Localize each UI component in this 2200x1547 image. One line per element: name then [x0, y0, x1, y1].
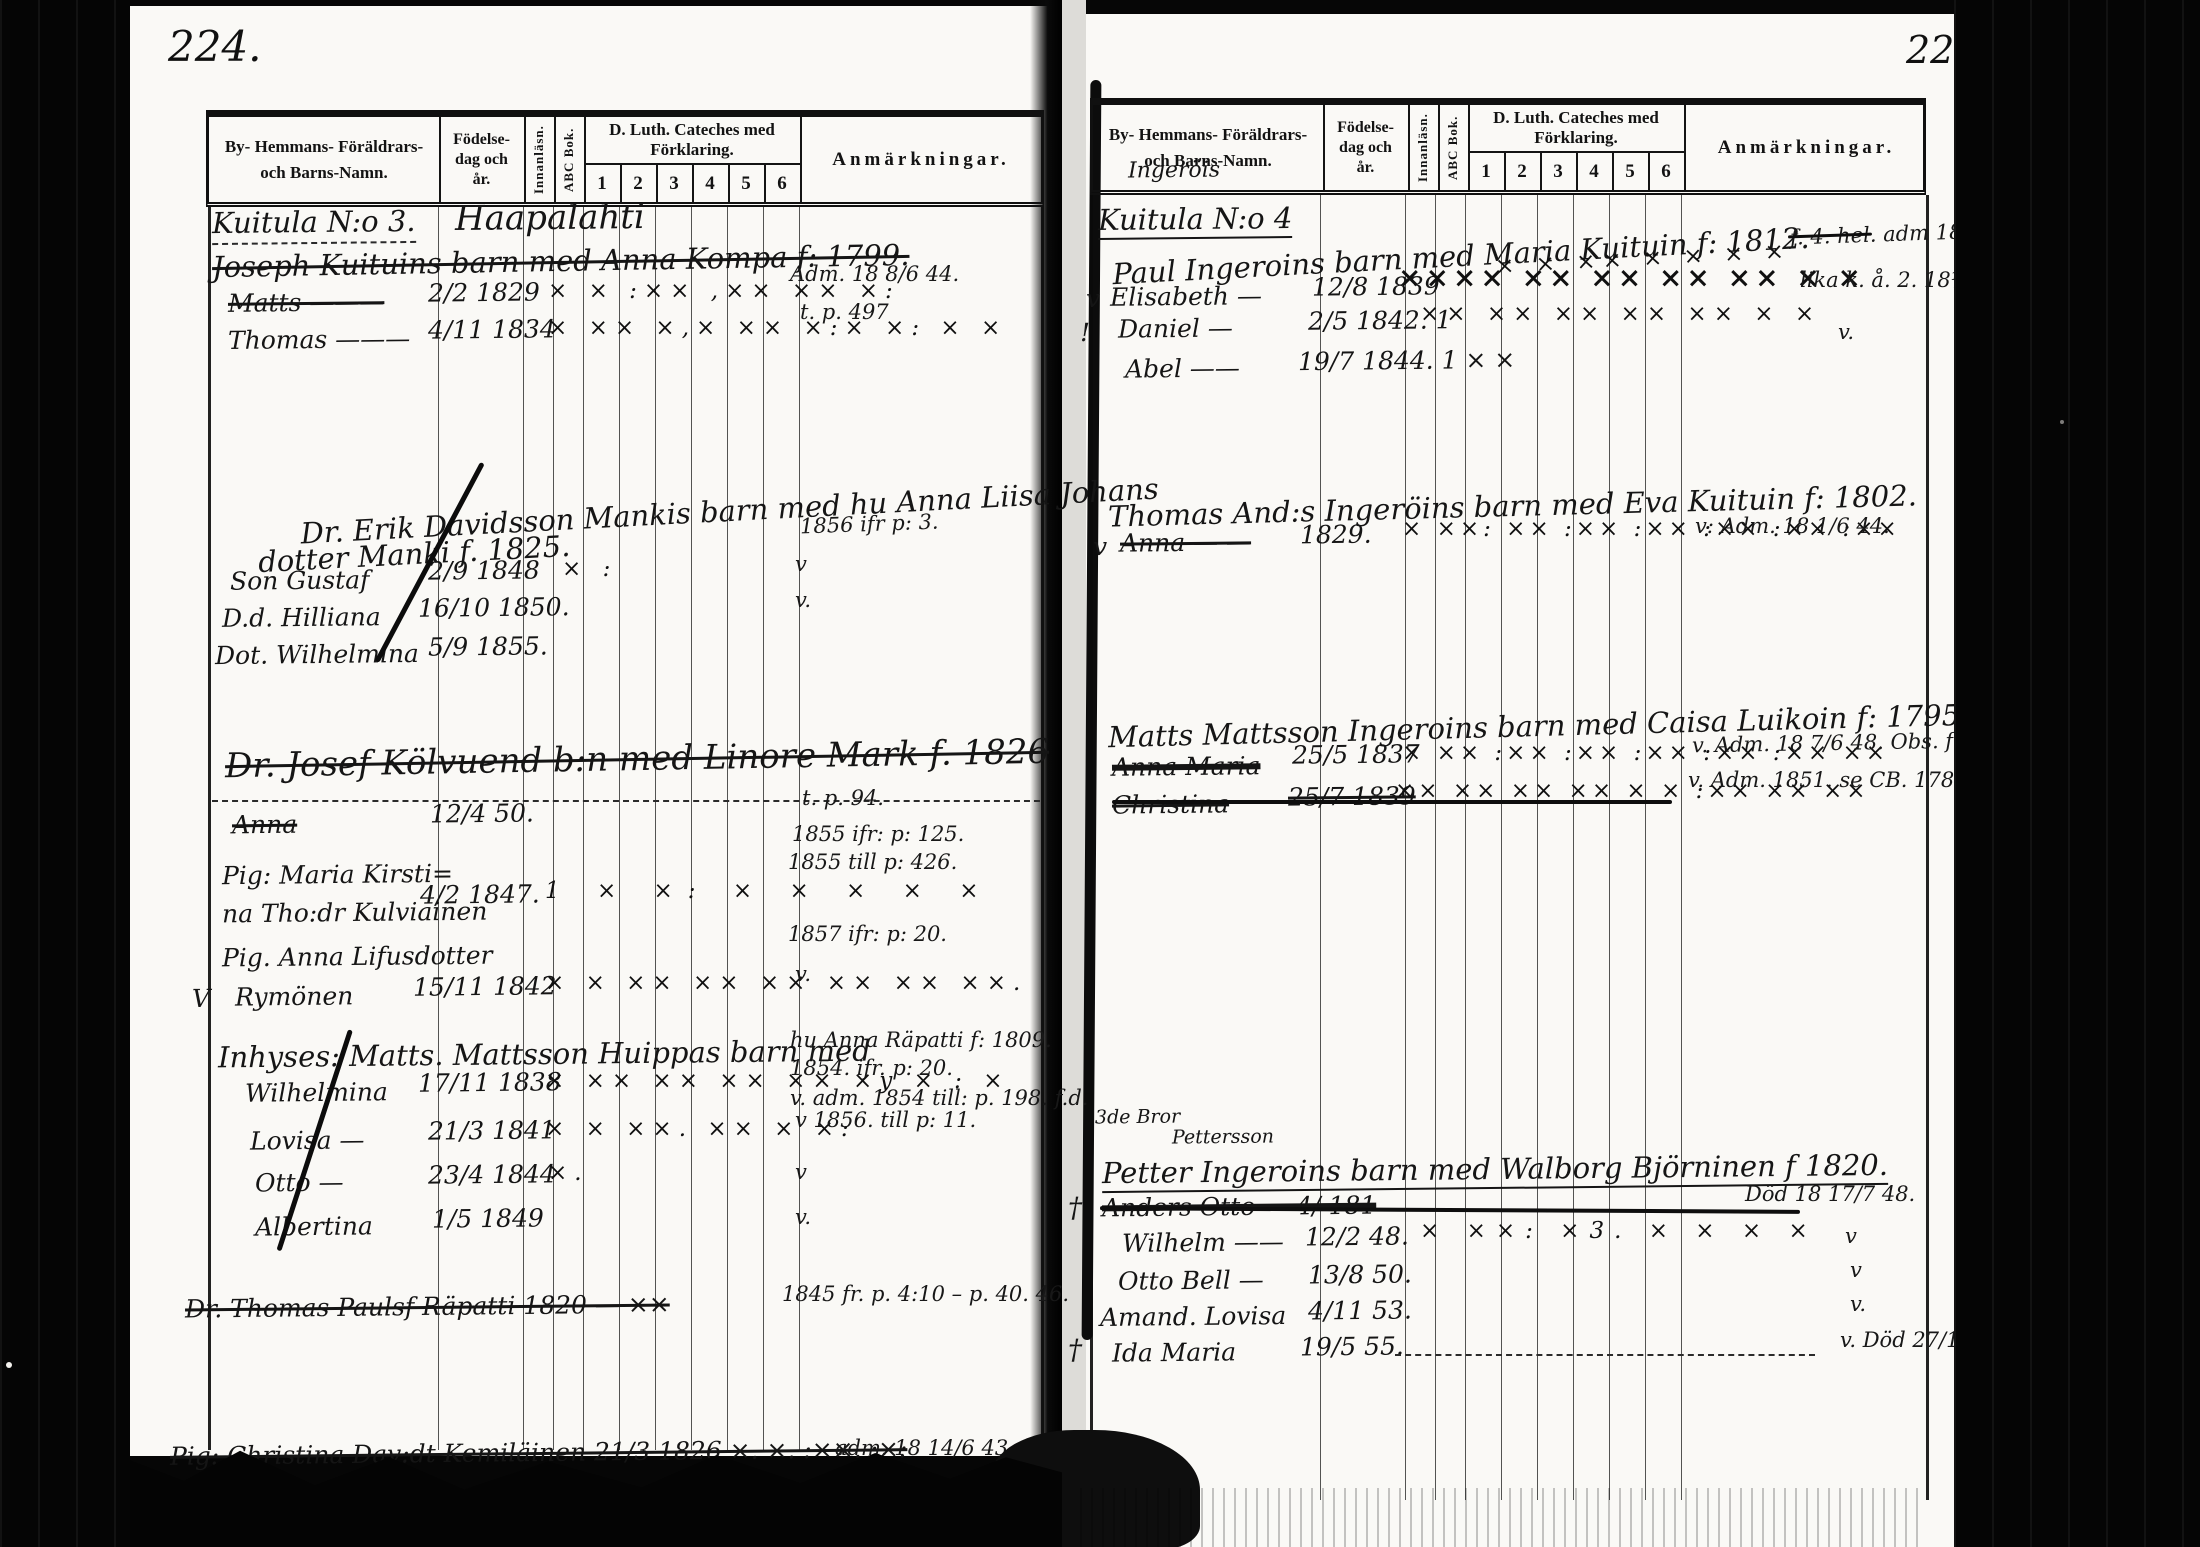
person-name: Rymönen [235, 983, 354, 1009]
column-rule [619, 205, 620, 1450]
person-name: Otto Bell — [1118, 1267, 1264, 1294]
col-header-birth-line2: dag och [1339, 138, 1392, 158]
col-header-reading: Innanläsn. [524, 117, 554, 202]
catechism-col-5: 5 [1612, 151, 1648, 192]
dust-speck [6, 1362, 12, 1368]
column-rule [1465, 195, 1466, 1500]
column-rule [208, 205, 211, 1450]
ruled-dash-line [1395, 1354, 1815, 1356]
left-table-header: By- Hemmans- Föräldrars- och Barns-Namn.… [206, 110, 1044, 207]
remark: adm. 18 14/6 43. [835, 1436, 1015, 1461]
remark: v. [795, 962, 811, 987]
attendance-marks: × ×× ×,× ×× ×:× ×: × × [548, 317, 1007, 340]
catechism-col-3: 3 [1540, 151, 1576, 192]
birth-date: 23/4 1844 [428, 1161, 556, 1187]
remark: v: Adm. 18 1/6 44. [1695, 514, 1890, 539]
column-rule [1681, 195, 1682, 1500]
margin-mark: ! [1080, 320, 1090, 345]
birth-date: 25/5 1837 [1292, 741, 1420, 767]
remark: 1855 till p: 426. [788, 850, 957, 875]
ruled-dash-line [212, 800, 1040, 802]
birth-date: 17/11 1838 [418, 1069, 562, 1096]
remark: v [1845, 1224, 1857, 1249]
birth-date: 15/11 1842 [413, 973, 557, 1000]
birth-date: 1829. [1300, 522, 1372, 548]
col-header-catechism: D. Luth. Cateches med Förklaring. [1468, 105, 1684, 151]
margin-note: Pettersson [1172, 1127, 1274, 1147]
catechism-col-1: 1 [1468, 151, 1504, 192]
remark: v [795, 552, 807, 577]
scan-noise-band [1080, 1488, 1926, 1547]
dust-speck [2060, 420, 2064, 424]
col-header-remarks: Anmärkningar. [1684, 105, 1929, 190]
left-page-number: 224. [168, 22, 262, 71]
gutter-shadow-left [1030, 0, 1062, 1456]
birth-date: 19/5 55. [1300, 1333, 1404, 1359]
col-header-birth-line2: dag och [455, 150, 508, 170]
col-header-names-line1: By- Hemmans- Föräldrars- [1109, 122, 1307, 148]
attendance-marks: ×× ×× ×× ×× ×× × × [1420, 303, 1821, 326]
person-name: Matts ——— [228, 289, 385, 316]
remark: hu Anna Räpatti f: 1809. [790, 1028, 1052, 1053]
remark: t. p. 94. [802, 786, 884, 811]
person-name: Dr. Thomas Paulsf Räpatti 1820 — ×× [185, 1291, 670, 1321]
birth-date: 12/2 48. [1305, 1223, 1409, 1249]
column-rule [1041, 205, 1044, 1450]
birth-date: 2/9 1848 [428, 557, 540, 583]
margin-mark: v [1093, 534, 1107, 559]
person-name: Ida Maria [1112, 1339, 1236, 1365]
names-column-note: Ingeröis [1128, 160, 1220, 183]
col-header-birth-line1: Födelse- [453, 130, 510, 150]
attendance-marks: ×××× ×× ×× ×× ×× × × [1398, 264, 1865, 292]
remark: 1855 ifr: p: 125. [792, 822, 964, 847]
film-edge-left [0, 0, 130, 1547]
remark: v 1856. till p: 11. [795, 1108, 976, 1133]
col-header-names: By- Hemmans- Föräldrars- och Barns-Namn. [209, 117, 439, 202]
attendance-marks: × : [562, 558, 617, 581]
parish-register-scan: 224. 225. By- Hemmans- Föräldrars- och B… [0, 0, 2200, 1547]
remark: 1845 fr. p. 4:10 – p. 40. 46. [782, 1282, 1069, 1307]
remark: v. [1850, 1292, 1866, 1317]
col-header-catechism: D. Luth. Cateches med Förklaring. [584, 117, 800, 163]
person-name: Elisabeth — [1110, 283, 1262, 310]
column-rule [1573, 195, 1574, 1500]
column-rule [583, 205, 584, 1450]
column-rule [763, 205, 764, 1450]
remark: t. p. 497 [800, 300, 889, 325]
col-header-birth-line1: Födelse- [1337, 118, 1394, 138]
catechism-col-5: 5 [728, 163, 764, 204]
catechism-col-4: 4 [1576, 151, 1612, 192]
birth-date: 12/4 50. [430, 800, 534, 826]
col-header-names-line1: By- Hemmans- Föräldrars- [225, 134, 423, 160]
person-name: Pig: Maria Kirsti= [222, 861, 453, 888]
person-name: Abel —— [1125, 355, 1240, 381]
person-name: Anna [232, 812, 297, 838]
birth-date: 5/9 1855. [428, 633, 548, 659]
col-header-abc: ABC Bok. [1438, 105, 1468, 190]
remark: lika k. å. 2. 18¼. [1800, 268, 1978, 293]
remark: 1857 ifr: p: 20. [788, 922, 947, 947]
col-header-birth-line3: år. [1357, 158, 1375, 178]
village-heading: Kuitula N:o 3. [212, 207, 416, 245]
col-header-birth: Födelse- dag och år. [439, 117, 524, 202]
farm-heading: Haapalahti [455, 200, 645, 236]
column-rule [1537, 195, 1538, 1500]
column-rule [1609, 195, 1610, 1500]
person-name: Christina [1112, 791, 1229, 817]
ink-stroke [1112, 800, 1672, 804]
remark: v. [1838, 320, 1854, 345]
remark: v [1850, 1258, 1862, 1283]
catechism-col-2: 2 [1504, 151, 1540, 192]
catechism-col-6: 6 [1648, 151, 1684, 192]
person-name: Thomas ——— [228, 326, 410, 353]
person-name: D.d. Hilliana [222, 604, 381, 631]
attendance-marks: × ××: ×3. × × × × [1420, 1220, 1818, 1243]
attendance-marks: × × ×× ×× ×× ×× ×× ××. [545, 972, 1027, 995]
catechism-col-4: 4 [692, 163, 728, 204]
col-header-remarks: Anmärkningar. [800, 117, 1042, 202]
margin-mark: V [192, 986, 210, 1011]
remark: Adm. 18 8/6 44. [790, 262, 959, 287]
column-rule [1435, 195, 1436, 1500]
birth-date: 4/11 53. [1308, 1297, 1412, 1323]
person-name: Daniel — [1118, 315, 1233, 341]
remark: 1856 ifr p: 3. [800, 510, 939, 540]
catechism-col-3: 3 [656, 163, 692, 204]
col-header-names-line2: och Barns-Namn. [260, 160, 388, 186]
column-rule [1926, 195, 1929, 1500]
column-rule [691, 205, 692, 1450]
birth-date: 2/2 1829 [428, 279, 540, 305]
attendance-marks: 1 × ×: × × × × × [545, 880, 993, 903]
birth-date: 4/11 1834 [428, 316, 556, 342]
catechism-col-6: 6 [764, 163, 800, 204]
margin-cross-mark: † [1068, 1336, 1082, 1364]
birth-date: 21/3 1841 [428, 1117, 556, 1143]
margin-mark: v [1086, 286, 1100, 311]
remark: Död 18 17/7 48. [1745, 1182, 1915, 1207]
birth-date: 1/5 1849 [432, 1205, 544, 1231]
person-name: Wilhelm —— [1122, 1229, 1284, 1256]
margin-cross-mark: † [1068, 1194, 1082, 1222]
remark: v [795, 1160, 807, 1185]
birth-date: 13/8 50. [1308, 1261, 1412, 1287]
remark: v. [795, 588, 811, 613]
film-edge-right [1954, 0, 2200, 1547]
person-name: Son Gustaf [230, 567, 370, 593]
column-rule [1090, 195, 1093, 1500]
column-rule [655, 205, 656, 1450]
attendance-marks: ×. [548, 1162, 589, 1185]
col-header-birth: Födelse- dag och år. [1323, 105, 1408, 190]
col-header-abc: ABC Bok. [554, 117, 584, 202]
person-name: Albertina [255, 1213, 373, 1239]
person-name: Anna — — [1120, 529, 1251, 555]
person-name: Pig. Anna Lifusdotter [222, 943, 493, 971]
col-header-birth-line3: år. [473, 170, 491, 190]
remark: v. Adm. 1851. se CB. 178 f.d. [1688, 768, 1995, 793]
remark: v. [795, 1205, 811, 1230]
birth-date: 4/2 1847. [420, 881, 540, 907]
village-heading: Kuitula N:o 4 [1098, 204, 1293, 240]
person-name: Amand. Lovisa [1100, 1303, 1286, 1330]
col-header-reading: Innanläsn. [1408, 105, 1438, 190]
person-name: Pig: Christina Dav:dt Kemiläinen 21/3 18… [170, 1436, 908, 1469]
person-name: Lovisa — [250, 1127, 365, 1153]
column-rule [1645, 195, 1646, 1500]
column-rule [553, 205, 554, 1450]
column-rule [1501, 195, 1502, 1500]
column-rule [727, 205, 728, 1450]
margin-note: 3de Bror [1095, 1108, 1180, 1128]
birth-date: 16/10 1850. [418, 594, 570, 621]
person-name: Wilhelmina [245, 1079, 388, 1105]
person-name: Anna Maria [1112, 753, 1261, 780]
birth-date: 19/7 1844. 1 × × [1298, 347, 1516, 374]
